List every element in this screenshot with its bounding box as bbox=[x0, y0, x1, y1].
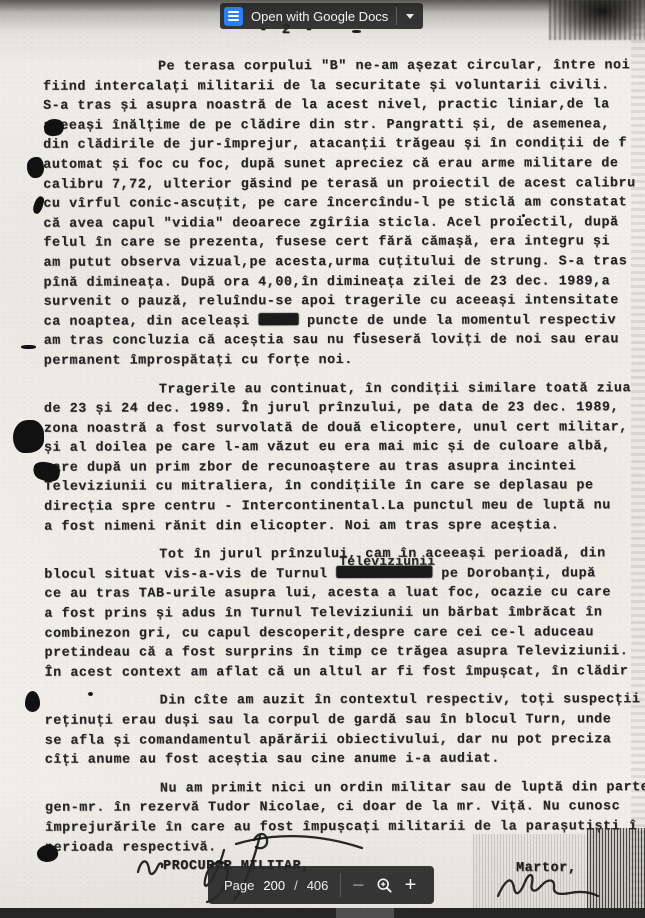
horizontal-scrollbar-track[interactable] bbox=[0, 908, 645, 918]
typed-line: ca noaptea, din aceleași puncte de unde … bbox=[44, 311, 644, 332]
zoom-magnifier-icon bbox=[376, 877, 393, 894]
typed-line: permanent împrospătați cu forțe noi. bbox=[44, 350, 644, 371]
page-toolbar: Page 200 / 406 − + bbox=[208, 866, 434, 904]
zoom-out-button[interactable]: − bbox=[345, 870, 371, 900]
typed-line: Tragerile au continuat, în condiții simi… bbox=[44, 379, 644, 400]
typed-line: zona noastră a fost survolată de două el… bbox=[44, 418, 644, 439]
typed-line: de 23 și 24 dec. 1989. În jurul prînzulu… bbox=[44, 398, 644, 419]
page-label: Page bbox=[224, 878, 254, 893]
typed-line: blocul situat vis-a-vis de Turnul Televi… bbox=[44, 564, 644, 585]
page-separator: / bbox=[294, 878, 298, 893]
typed-line: Nu am primit nici un ordin militar sau d… bbox=[45, 778, 645, 799]
ink-speck bbox=[352, 30, 361, 33]
witness-signature bbox=[490, 866, 610, 910]
typed-text: Pe terasa corpului "B" ne-am așezat circ… bbox=[43, 56, 645, 867]
ink-dash bbox=[21, 345, 36, 349]
typed-line: reținuți erau duși sau la corpul de gard… bbox=[45, 710, 645, 731]
total-pages: 406 bbox=[307, 878, 329, 893]
typed-line: din clădirile de jur-împrejur, atacanții… bbox=[43, 135, 643, 156]
typed-line: cu vîrful conic-ascuțit, pe care încercî… bbox=[43, 193, 643, 214]
typed-line: gen-mr. în rezervă Tudor Nicolae, ci doa… bbox=[45, 798, 645, 819]
ink-blot bbox=[27, 157, 44, 178]
typed-line: Televiziunii cu mitraliera, în condițiil… bbox=[44, 477, 644, 498]
ink-blot bbox=[25, 691, 40, 712]
zoom-in-button[interactable]: + bbox=[397, 870, 423, 900]
typed-line: S-a tras și asupra noastră de la acest n… bbox=[43, 95, 643, 116]
typed-line: În acest context am aflat că un altul ar… bbox=[45, 662, 645, 683]
typed-line: pînă dimineața. După ora 4,00,în diminea… bbox=[44, 272, 644, 293]
typed-line: că avea capul "vidia" deoarece zgîrîia s… bbox=[43, 213, 643, 234]
typed-line: cîți anume au fost aceștia sau cine anum… bbox=[45, 749, 645, 770]
typed-line: am tras concluzia că aceștia sau nu fuse… bbox=[44, 331, 644, 352]
typed-line: pretindeau că a fost surprins în timp ce… bbox=[44, 642, 644, 663]
typed-correction: Televiziunii bbox=[339, 552, 435, 572]
typed-line: automat și foc cu foc, după sunet apreci… bbox=[43, 154, 643, 175]
typed-line: calibru 7,72, ulterior găsind pe terasă … bbox=[43, 174, 643, 195]
paragraph: Pe terasa corpului "B" ne-am așezat circ… bbox=[43, 56, 644, 371]
typed-line: ce au tras TAB-urile asupra lui, acesta … bbox=[44, 584, 644, 605]
ink-blot bbox=[13, 420, 44, 453]
horizontal-scrollbar-thumb[interactable] bbox=[336, 908, 394, 918]
struck-out-word bbox=[258, 313, 298, 325]
page-number-input[interactable]: 200 bbox=[263, 878, 285, 893]
typed-line: survenit o pauză, reluîndu-se apoi trage… bbox=[44, 291, 644, 312]
open-button-label: Open with Google Docs bbox=[251, 9, 388, 24]
typed-line: și al doilea pe care l-am văzut eu era m… bbox=[44, 437, 644, 458]
typed-line: direcția spre centru - Intercontinental.… bbox=[44, 496, 644, 517]
typed-line: a fost nimeni rănit din elicopter. Noi a… bbox=[44, 516, 644, 537]
typed-line: se afla și comandamentul apărării obiect… bbox=[45, 730, 645, 751]
drive-preview-screen: - 2 - Pe terasa corpului "B" ne-am așeza… bbox=[0, 0, 645, 918]
ink-speck bbox=[522, 214, 525, 217]
paragraph: Tot în jurul prînzului, cam în aceeași p… bbox=[44, 544, 644, 683]
paragraph: Tragerile au continuat, în condiții simi… bbox=[44, 379, 644, 537]
typed-line: Pe terasa corpului "B" ne-am așezat circ… bbox=[43, 56, 643, 77]
scanned-document-page: - 2 - Pe terasa corpului "B" ne-am așeza… bbox=[0, 0, 645, 918]
struck-out-word: Televiziunii bbox=[336, 566, 432, 578]
typed-line: Din cîte am auzit în contextul respectiv… bbox=[45, 691, 645, 712]
typed-line: am putut observa vizual,pe acesta,urma c… bbox=[43, 252, 643, 273]
open-with-google-docs-button[interactable]: Open with Google Docs bbox=[220, 3, 423, 29]
zoom-magnifier-button[interactable] bbox=[371, 870, 397, 900]
button-divider bbox=[396, 7, 397, 25]
typed-line: felul în care se prezenta, fusese cert f… bbox=[43, 233, 643, 254]
typed-line: combinezon gri, cu capul descoperit,desp… bbox=[44, 623, 644, 644]
typed-line: care după un prim zbor de recunoaștere a… bbox=[44, 457, 644, 478]
typed-line: aceeași înălțime de pe clădire din str. … bbox=[43, 115, 643, 136]
toolbar-divider bbox=[340, 873, 341, 897]
ink-speck bbox=[88, 692, 93, 696]
typed-line: fiind intercalați militarii de la securi… bbox=[43, 76, 643, 97]
google-docs-icon bbox=[224, 7, 243, 26]
ink-speck bbox=[362, 332, 365, 335]
chevron-down-icon[interactable] bbox=[406, 14, 414, 19]
typed-line: a fost prins și adus în Turnul Televiziu… bbox=[44, 603, 644, 624]
paragraph: Din cîte am auzit în contextul respectiv… bbox=[45, 691, 645, 771]
